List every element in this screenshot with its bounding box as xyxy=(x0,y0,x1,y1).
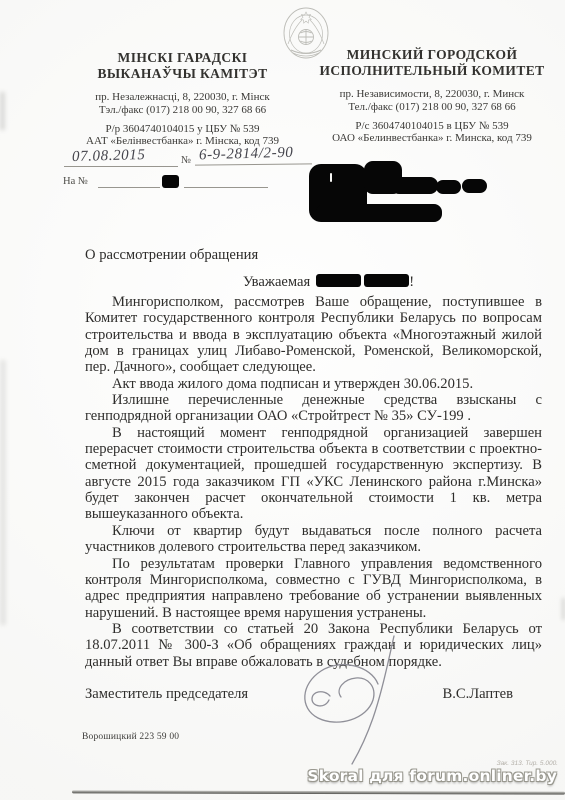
paragraph: В настоящий момент генподрядной организа… xyxy=(85,425,542,523)
signer-name: В.С.Лаптев xyxy=(442,686,513,703)
redaction-block-small xyxy=(162,175,179,188)
redaction-block-recipient xyxy=(436,180,461,194)
number-sign: № xyxy=(181,155,191,166)
forum-watermark: Skoral для forum.onliner.by xyxy=(307,767,557,785)
executor-contact: Ворошицкий 223 59 00 xyxy=(82,732,179,742)
scanned-letter-page: МІНСКІ ГАРАДСКІ ВЫКАНАЎЧЫ КАМІТЭТ пр. Не… xyxy=(0,0,565,800)
address-line: пр. Незалежнасці, 8, 220030, г. Мінск xyxy=(55,91,310,104)
redaction-name-block xyxy=(364,274,409,287)
print-shop-info: Зак. 313. Тир. 5.000. xyxy=(497,760,558,767)
signer-position: Заместитель председателя xyxy=(85,686,248,703)
signature-row: Заместитель председателя В.С.Лаптев xyxy=(85,686,513,703)
salutation-prefix: Уважаемая xyxy=(243,274,310,290)
salutation-line: Уважаемая! xyxy=(243,274,414,291)
paragraph: Акт ввода жилого дома подписан и утвержд… xyxy=(85,376,542,392)
bank-account-line: Р/р 3604740104015 у ЦБУ № 539 xyxy=(55,123,310,136)
org-name-line1: МІНСКІ ГАРАДСКІ xyxy=(55,50,310,66)
paragraph: Ключи от квартир будут выдаваться после … xyxy=(85,523,542,556)
redaction-gap xyxy=(330,173,332,182)
reply-date-underline xyxy=(184,187,268,188)
reply-reference-label: На № xyxy=(63,176,88,187)
org-name-line2: ВЫКАНАЎЧЫ КАМІТЭТ xyxy=(55,66,310,82)
subject-line: О рассмотрении обращения xyxy=(85,247,258,264)
org-name-line2: ИСПОЛНИТЕЛЬНЫЙ КОМИТЕТ xyxy=(308,63,556,79)
handwritten-number: 6-9-2814/2-90 xyxy=(199,145,294,165)
handwritten-date: 07.08.2015 xyxy=(72,147,146,166)
phone-line: Тэл./факс (017) 218 00 90, 327 68 66 xyxy=(55,104,310,117)
letterhead-left: МІНСКІ ГАРАДСКІ ВЫКАНАЎЧЫ КАМІТЭТ пр. Не… xyxy=(55,50,310,148)
paragraph: Мингорисполком, рассмотрев Ваше обращени… xyxy=(85,294,542,376)
reply-ref-underline xyxy=(98,187,160,188)
paragraph: Излишне перечисленные денежные средства … xyxy=(85,392,542,425)
scan-smudge xyxy=(0,360,6,625)
bank-account-line: Р/с 3604740104015 в ЦБУ № 539 xyxy=(308,120,556,133)
letter-body: Мингорисполком, рассмотрев Ваше обращени… xyxy=(85,294,542,670)
redaction-block-recipient xyxy=(391,177,438,194)
redaction-block-recipient xyxy=(316,204,442,222)
bank-name-line: ОАО «Белинвестбанка» г. Минска, код 739 xyxy=(308,132,556,145)
org-address-belarusian: пр. Незалежнасці, 8, 220030, г. Мінск Тэ… xyxy=(55,91,310,117)
redaction-block-recipient xyxy=(462,179,487,193)
org-address-russian: пр. Независимости, 8, 220030, г. Минск Т… xyxy=(308,88,556,114)
number-underline xyxy=(195,163,312,165)
phone-line: Тел./факс (017) 218 00 90, 327 68 66 xyxy=(308,101,556,114)
redaction-name-block xyxy=(316,274,361,287)
address-line: пр. Независимости, 8, 220030, г. Минск xyxy=(308,88,556,101)
org-name-belarusian: МІНСКІ ГАРАДСКІ ВЫКАНАЎЧЫ КАМІТЭТ xyxy=(55,50,310,81)
salutation-suffix: ! xyxy=(409,274,414,290)
org-name-line1: МИНСКИЙ ГОРОДСКОЙ xyxy=(308,47,556,63)
scan-smudge xyxy=(0,92,5,130)
letterhead-right: МИНСКИЙ ГОРОДСКОЙ ИСПОЛНИТЕЛЬНЫЙ КОМИТЕТ… xyxy=(308,47,556,145)
org-name-russian: МИНСКИЙ ГОРОДСКОЙ ИСПОЛНИТЕЛЬНЫЙ КОМИТЕТ xyxy=(308,47,556,78)
paragraph: По результатам проверки Главного управле… xyxy=(85,556,542,621)
org-bank-russian: Р/с 3604740104015 в ЦБУ № 539 ОАО «Белин… xyxy=(308,120,556,146)
date-underline xyxy=(64,166,178,167)
scan-paper-edge xyxy=(72,790,565,794)
